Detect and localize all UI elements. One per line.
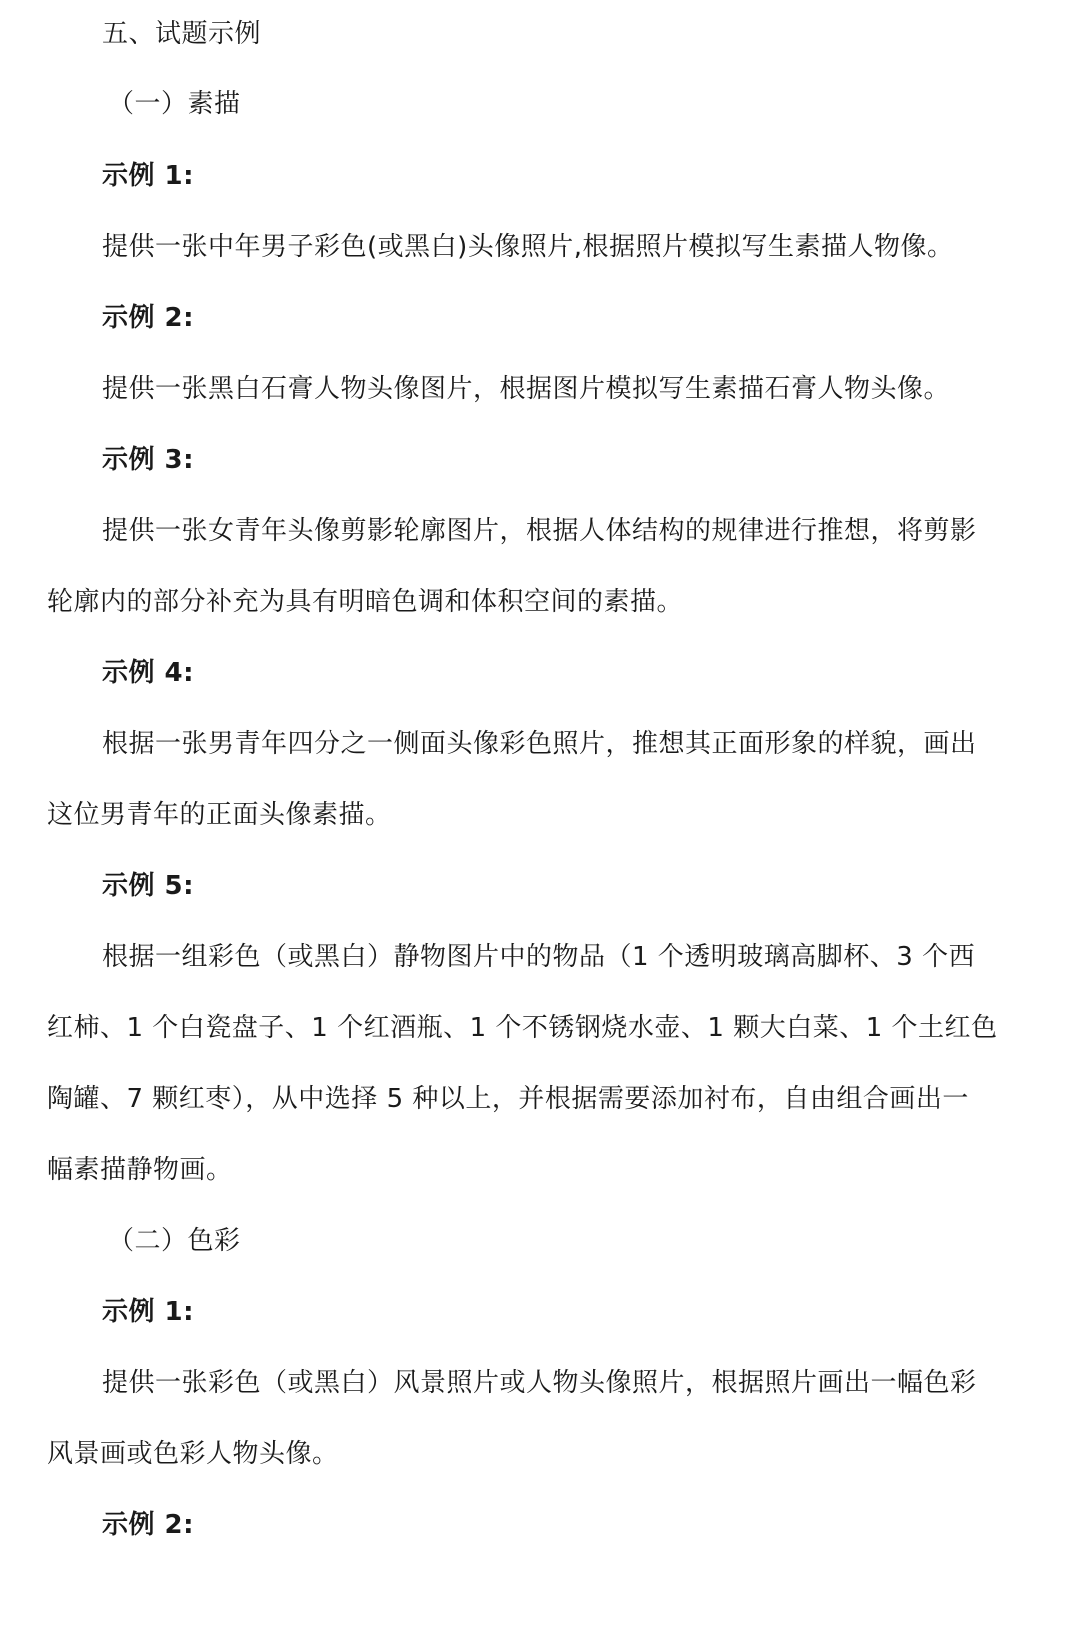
example-label: 示例 5:	[102, 868, 1080, 904]
example-text: 根据一张男青年四分之一侧面头像彩色照片，推想其正面形象的样貌，画出	[102, 726, 1080, 762]
example-text: 提供一张女青年头像剪影轮廓图片，根据人体结构的规律进行推想，将剪影	[102, 513, 1080, 549]
example-text: 提供一张彩色（或黑白）风景照片或人物头像照片，根据照片画出一幅色彩	[102, 1365, 1080, 1401]
subsection-heading-color: （二）色彩	[108, 1223, 1080, 1259]
example-label: 示例 2:	[102, 300, 1080, 336]
example-text: 轮廓内的部分补充为具有明暗色调和体积空间的素描。	[47, 584, 1080, 620]
example-label: 示例 3:	[102, 442, 1080, 478]
example-text: 这位男青年的正面头像素描。	[47, 797, 1080, 833]
example-text: 风景画或色彩人物头像。	[47, 1436, 1080, 1472]
example-label: 示例 1:	[102, 158, 1080, 194]
example-label: 示例 1:	[102, 1294, 1080, 1330]
subsection-heading-sketch: （一）素描	[108, 86, 1080, 122]
example-label: 示例 2:	[102, 1507, 1080, 1543]
example-label: 示例 4:	[102, 655, 1080, 691]
example-text: 根据一组彩色（或黑白）静物图片中的物品（1 个透明玻璃高脚杯、3 个西	[102, 939, 1080, 975]
example-text: 提供一张中年男子彩色(或黑白)头像照片,根据照片模拟写生素描人物像。	[102, 229, 1080, 265]
example-text: 红柿、1 个白瓷盘子、1 个红酒瓶、1 个不锈钢烧水壶、1 颗大白菜、1 个土红…	[47, 1010, 1080, 1046]
example-text: 幅素描静物画。	[47, 1152, 1080, 1188]
example-text: 提供一张黑白石膏人物头像图片，根据图片模拟写生素描石膏人物头像。	[102, 371, 1080, 407]
section-title: 五、试题示例	[102, 16, 1080, 52]
example-text: 陶罐、7 颗红枣），从中选择 5 种以上，并根据需要添加衬布，自由组合画出一	[47, 1081, 1080, 1117]
